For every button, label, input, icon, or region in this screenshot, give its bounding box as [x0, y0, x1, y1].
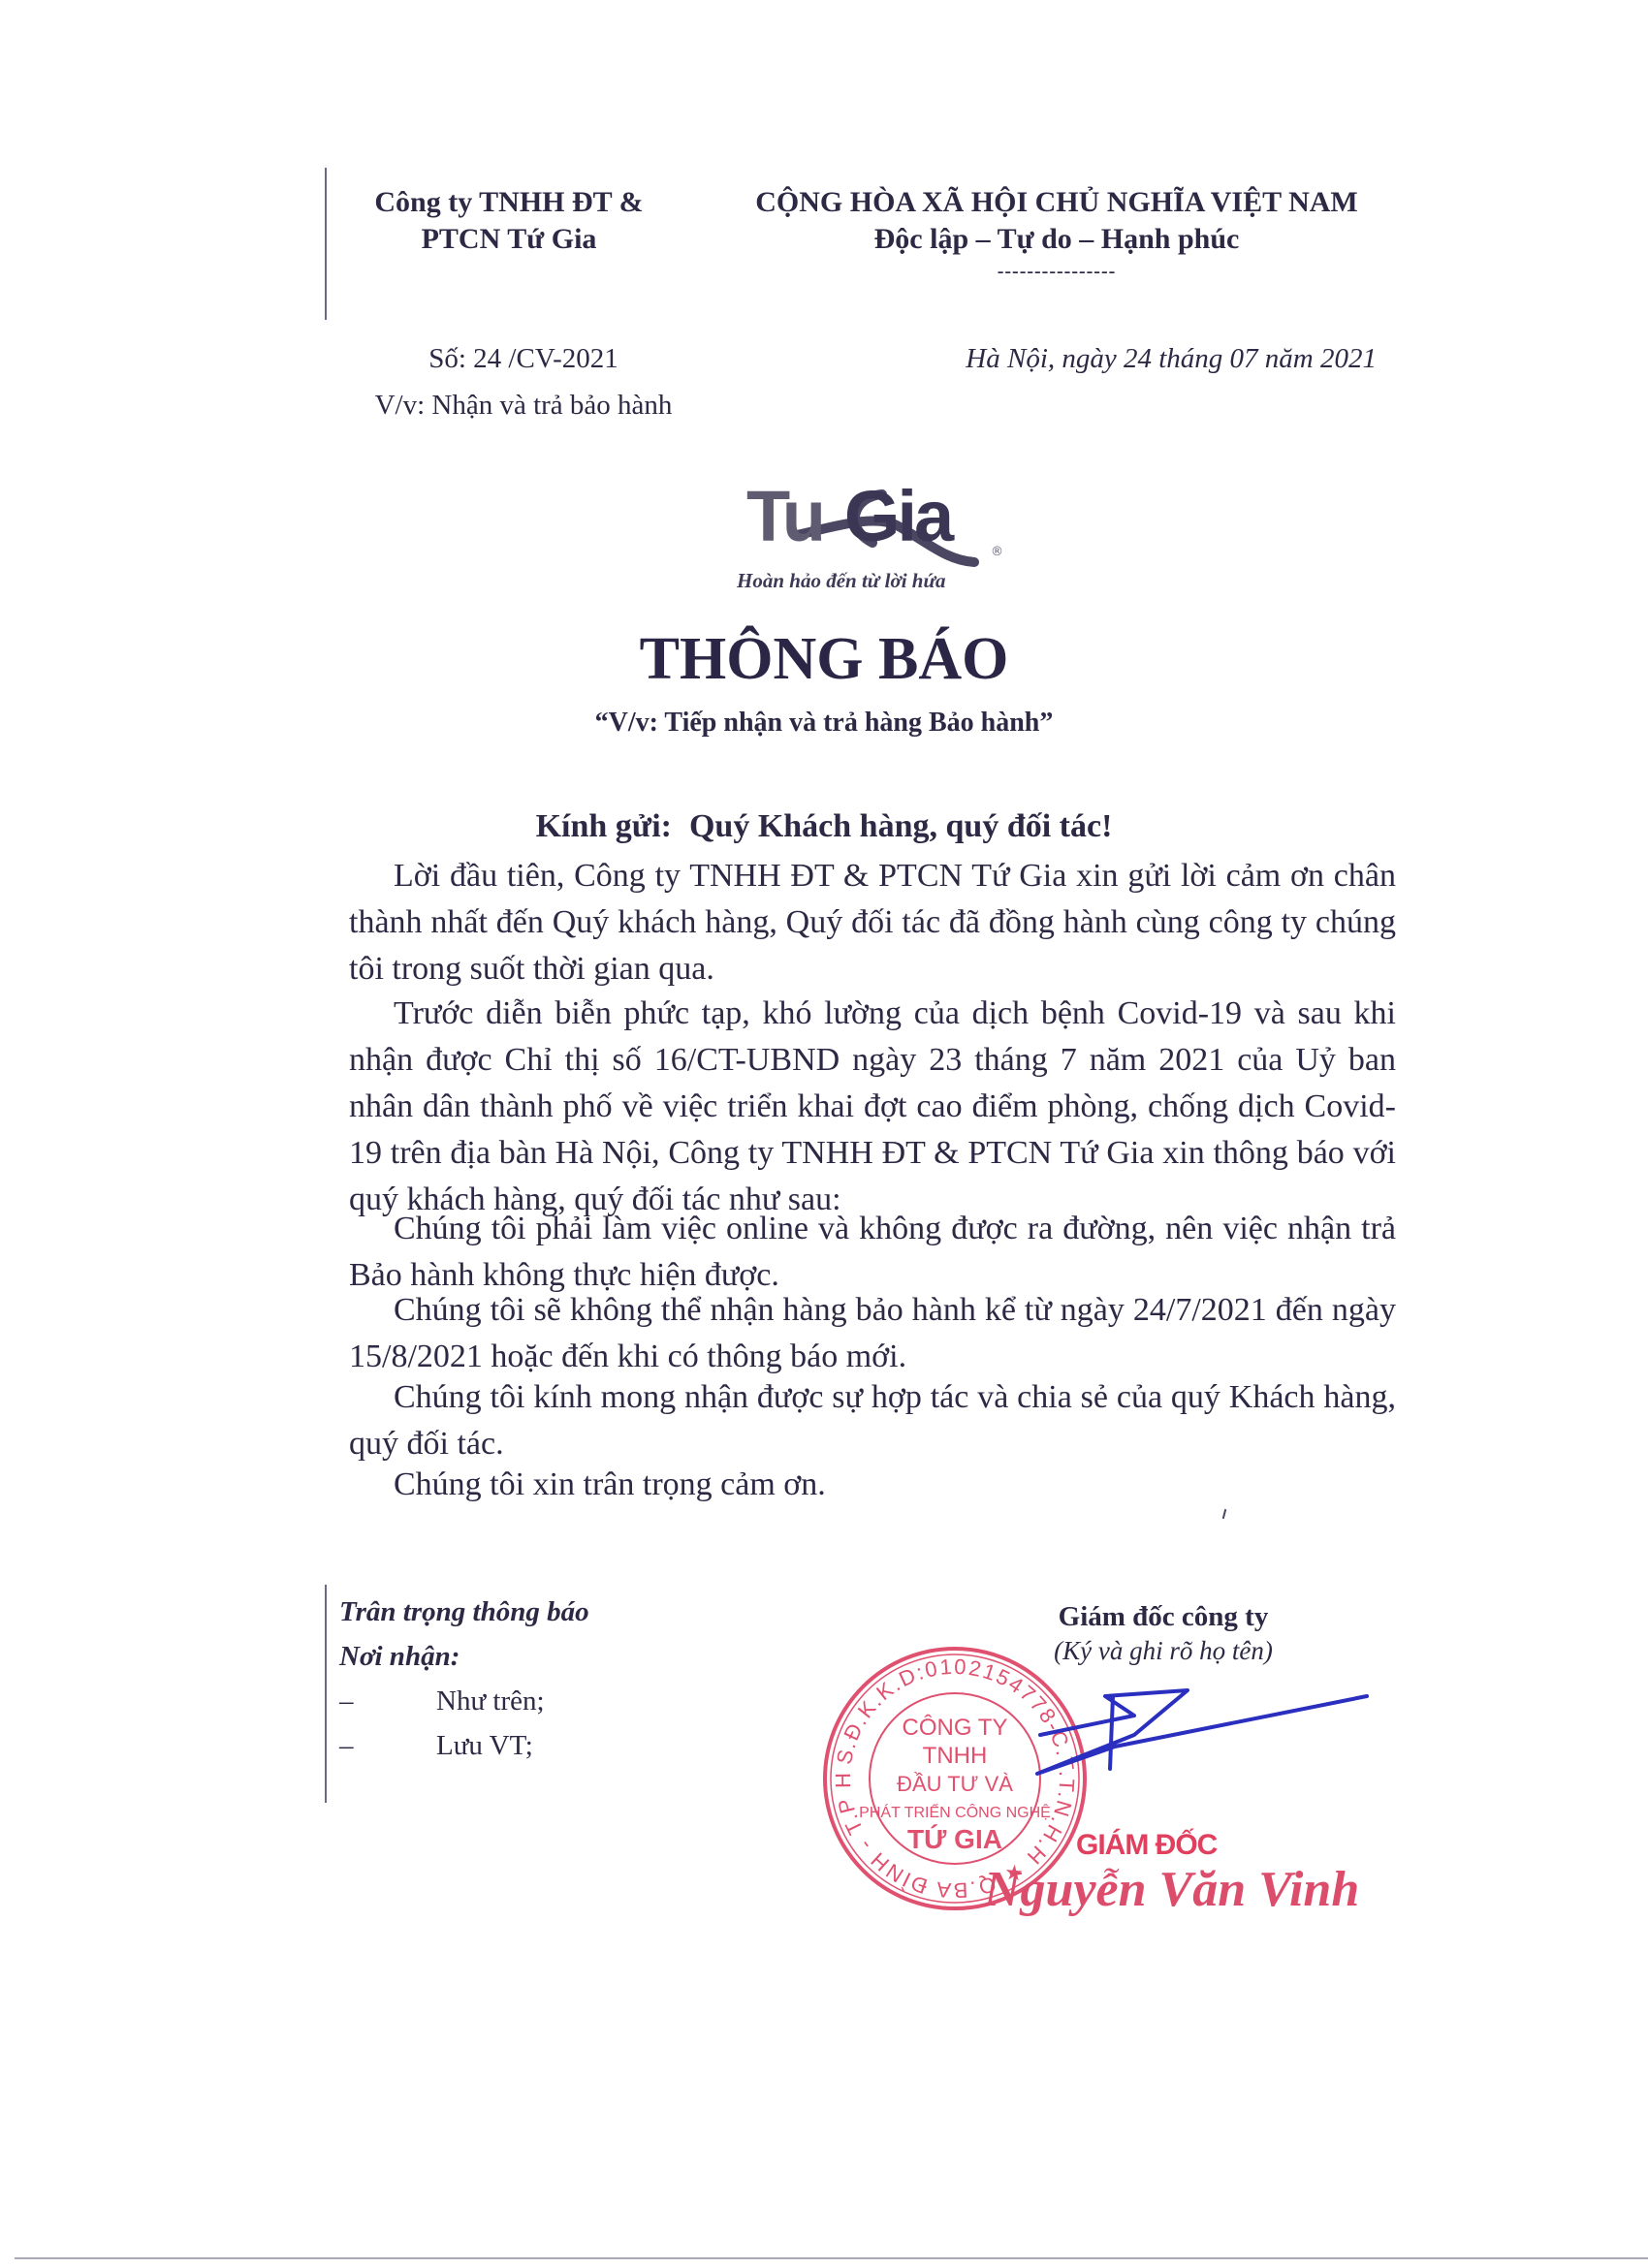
- nation-line: CỘNG HÒA XÃ HỘI CHỦ NGHĨA VIỆT NAM: [717, 184, 1396, 221]
- scan-edge-bottom: [15, 2257, 1648, 2259]
- company-logo: TuGia ® Hoàn hảo đến từ lời hứa: [737, 475, 1008, 601]
- registered-trademark-icon: ®: [991, 545, 1003, 559]
- closing-line: Trân trọng thông báo: [339, 1590, 708, 1634]
- place-date: Hà Nội, ngày 24 tháng 07 năm 2021: [737, 335, 1377, 382]
- recipient-text: Như trên;: [436, 1679, 545, 1723]
- document-subject: V/v: Nhận và trả bảo hành: [349, 382, 698, 428]
- body-paragraph: Trước diễn biễn phức tạp, khó lường của …: [349, 991, 1396, 1223]
- handwritten-signature-icon: [1018, 1677, 1386, 1812]
- national-header: CỘNG HÒA XÃ HỘI CHỦ NGHĨA VIỆT NAM Độc l…: [717, 184, 1396, 281]
- organization-line: Công ty TNHH ĐT &: [349, 184, 669, 221]
- motto-divider: ----------------: [717, 262, 1396, 281]
- salutation-label: Kính gửi:: [536, 808, 672, 844]
- salutation: Kính gửi:Quý Khách hàng, quý đối tác!: [0, 804, 1648, 849]
- bullet-dash-icon: –: [339, 1679, 436, 1723]
- bullet-dash-icon: –: [339, 1723, 436, 1768]
- signer-title-stamp: GIÁM ĐỐC: [1076, 1829, 1217, 1862]
- notice-title: THÔNG BÁO: [0, 620, 1648, 698]
- body-paragraph: Lời đầu tiên, Công ty TNHH ĐT & PTCN Tứ …: [349, 853, 1396, 992]
- recipients-block: Trân trọng thông báo Nơi nhận: – Như trê…: [339, 1590, 708, 1768]
- body-paragraph: Chúng tôi sẽ không thể nhận hàng bảo hàn…: [349, 1287, 1396, 1380]
- margin-rule-bottom: [325, 1585, 327, 1803]
- stray-mark: [1222, 1509, 1227, 1519]
- document-reference: Số: 24 /CV-2021 V/v: Nhận và trả bảo hàn…: [349, 335, 698, 428]
- document-number: Số: 24 /CV-2021: [349, 335, 698, 382]
- margin-rule-top: [325, 168, 327, 320]
- motto-line: Độc lập – Tự do – Hạnh phúc: [717, 221, 1396, 258]
- issuing-organization: Công ty TNHH ĐT & PTCN Tứ Gia: [349, 184, 669, 258]
- svg-text:ĐẦU TƯ VÀ: ĐẦU TƯ VÀ: [897, 1772, 1013, 1796]
- body-paragraph: Chúng tôi phải làm việc online và không …: [349, 1206, 1396, 1299]
- notice-subtitle: “V/v: Tiếp nhận và trả hàng Bảo hành”: [0, 704, 1648, 742]
- recipient-text: Lưu VT;: [436, 1723, 533, 1768]
- recipients-label: Nơi nhận:: [339, 1634, 708, 1679]
- recipient-item: – Như trên;: [339, 1679, 708, 1723]
- salutation-target: Quý Khách hàng, quý đối tác!: [689, 808, 1112, 844]
- logo-slogan: Hoàn hảo đến từ lời hứa: [737, 569, 1018, 593]
- organization-line: PTCN Tứ Gia: [349, 221, 669, 258]
- signer-name-stamp: Nguyễn Văn Vinh: [984, 1861, 1359, 1918]
- svg-text:TỨ GIA: TỨ GIA: [907, 1824, 1002, 1854]
- logo-wordmark: TuGia: [746, 475, 951, 557]
- body-paragraph: Chúng tôi xin trân trọng cảm ơn.: [349, 1462, 1396, 1508]
- recipient-item: – Lưu VT;: [339, 1723, 708, 1768]
- signer-role: Giám đốc công ty: [950, 1599, 1377, 1634]
- svg-text:CÔNG TY: CÔNG TY: [903, 1714, 1008, 1741]
- body-paragraph: Chúng tôi kính mong nhận được sự hợp tác…: [349, 1374, 1396, 1467]
- svg-text:TNHH: TNHH: [923, 1743, 988, 1769]
